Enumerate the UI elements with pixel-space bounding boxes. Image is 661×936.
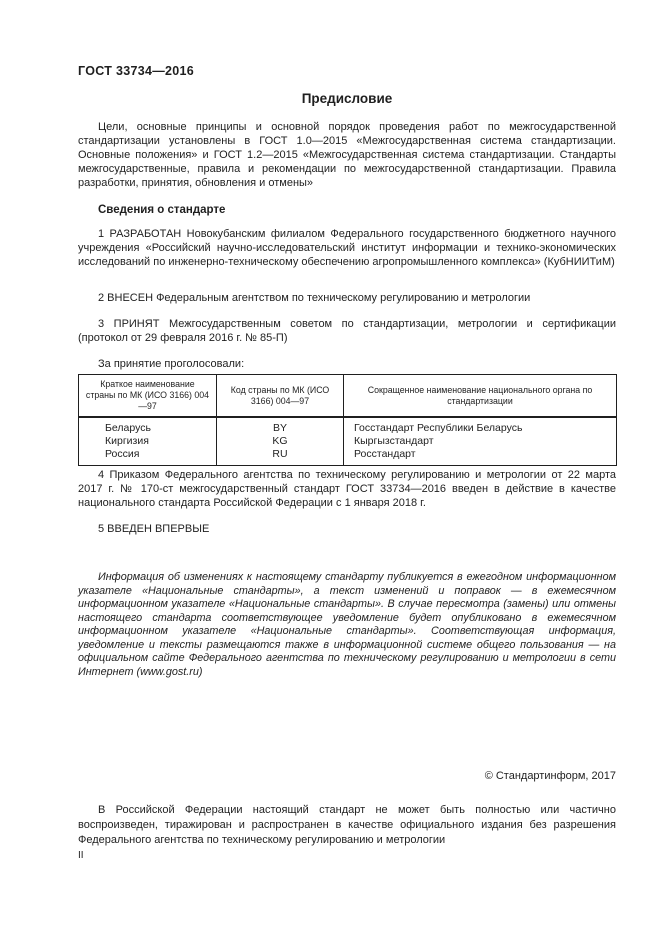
table-row: Россия RU Росстандарт — [79, 448, 617, 466]
reproduction-restriction: В Российской Федерации настоящий стандар… — [78, 803, 616, 848]
document-page: ГОСТ 33734—2016 Предисловие Цели, основн… — [0, 0, 661, 936]
cell-org: Госстандарт Республики Беларусь — [344, 417, 617, 435]
cell-country: Киргизия — [79, 435, 217, 448]
vote-table: Краткое наименование страны по МК (ИСО 3… — [78, 374, 617, 466]
column-header-org: Сокращенное наименование национального о… — [344, 375, 617, 418]
item-first-introduced: 5 ВВЕДЕН ВПЕРВЫЕ — [78, 522, 616, 536]
cell-country: Беларусь — [79, 417, 217, 435]
item-developed: 1 РАЗРАБОТАН Новокубанским филиалом Феде… — [78, 227, 616, 269]
cell-code: KG — [217, 435, 344, 448]
page-title: Предисловие — [78, 91, 616, 106]
changes-notice: Информация об изменениях к настоящему ст… — [78, 571, 616, 679]
table-row: Киргизия KG Кыргызстандарт — [79, 435, 617, 448]
column-header-country: Краткое наименование страны по МК (ИСО 3… — [79, 375, 217, 418]
doc-code: ГОСТ 33734—2016 — [78, 64, 616, 78]
cell-code: RU — [217, 448, 344, 466]
item-adopted: 3 ПРИНЯТ Межгосударственным советом по с… — [78, 317, 616, 345]
copyright-line: © Стандартинформ, 2017 — [78, 770, 616, 782]
cell-country: Россия — [79, 448, 217, 466]
vote-label: За принятие проголосовали: — [78, 358, 616, 370]
table-row: Беларусь BY Госстандарт Республики Белар… — [79, 417, 617, 435]
standard-info-heading: Сведения о стандарте — [78, 204, 616, 216]
item-order: 4 Приказом Федерального агентства по тех… — [78, 468, 616, 510]
page-number: II — [78, 850, 616, 861]
cell-org: Росстандарт — [344, 448, 617, 466]
table-header-row: Краткое наименование страны по МК (ИСО 3… — [79, 375, 617, 418]
vote-table-container: Краткое наименование страны по МК (ИСО 3… — [78, 374, 616, 466]
item-submitted: 2 ВНЕСЕН Федеральным агентством по техни… — [78, 291, 616, 305]
cell-code: BY — [217, 417, 344, 435]
cell-org: Кыргызстандарт — [344, 435, 617, 448]
intro-paragraph: Цели, основные принципы и основной поряд… — [78, 120, 616, 190]
column-header-code: Код страны по МК (ИСО 3166) 004—97 — [217, 375, 344, 418]
